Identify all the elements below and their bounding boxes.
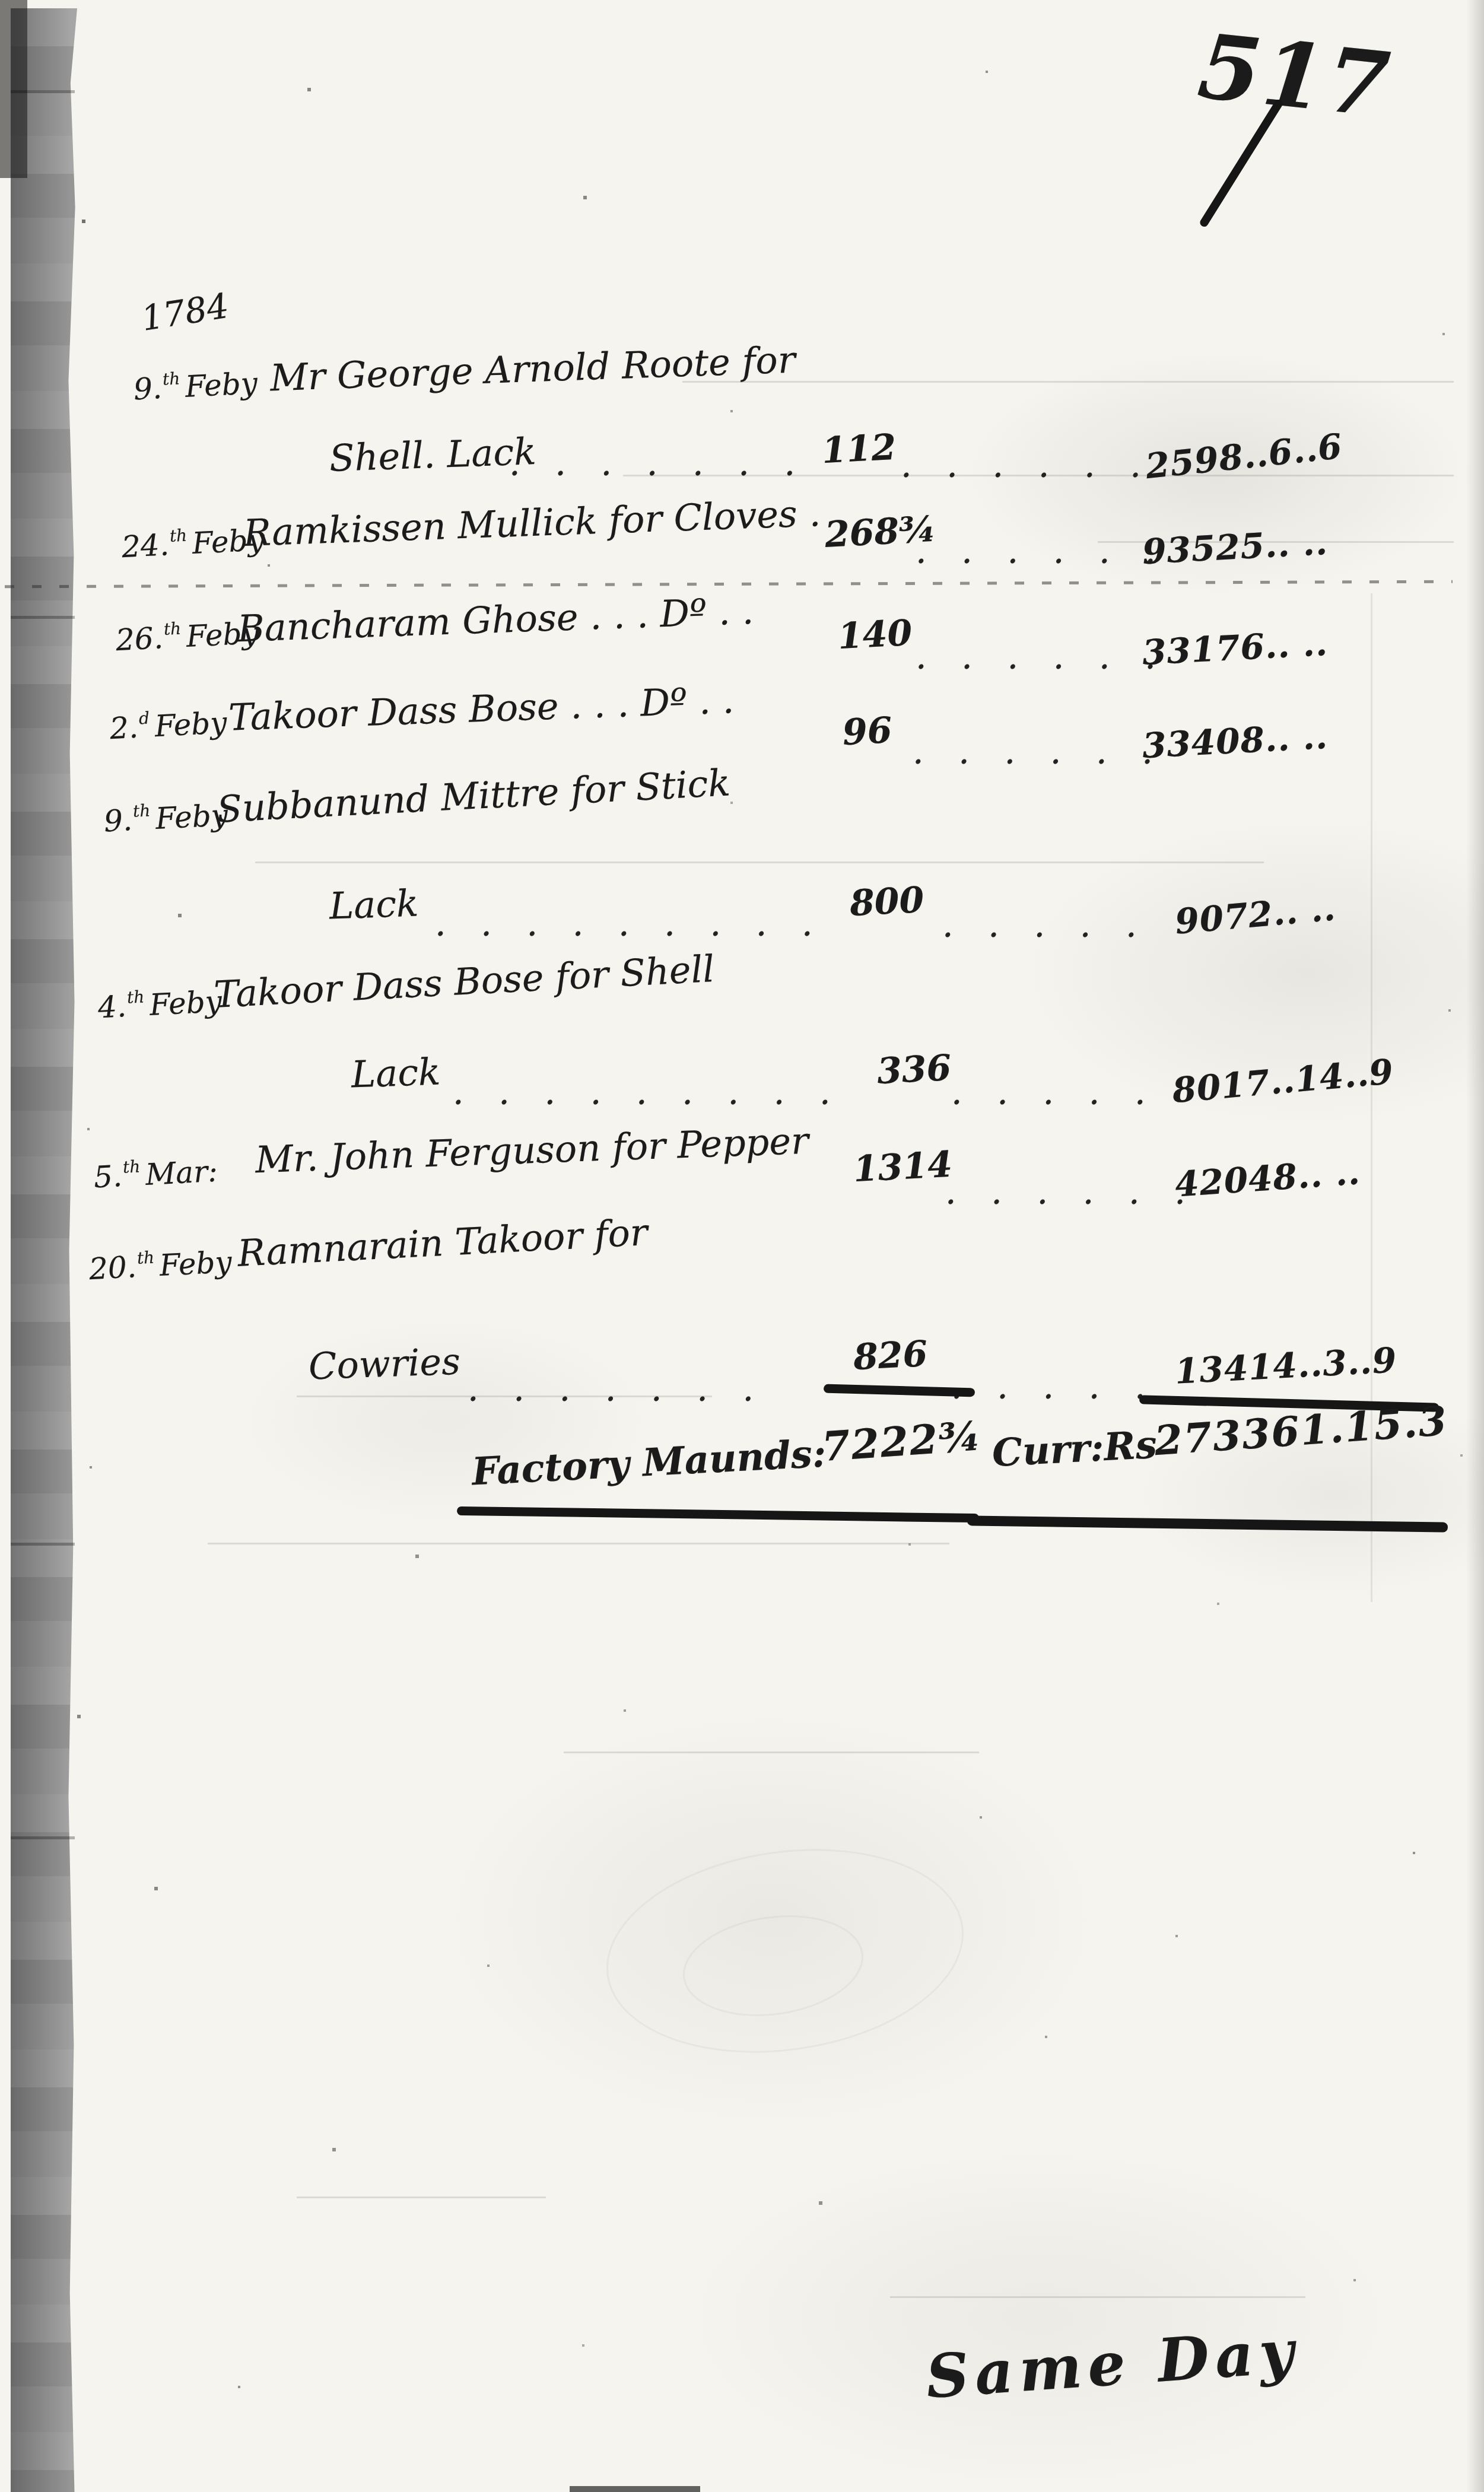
entry-text: Bancharam Ghose . . . Dº . . [237,589,754,650]
entry-text: Ramnarain Takoor for [237,1210,649,1275]
entry-text-continued: Cowries [308,1340,461,1388]
entry-amount: 33176.. .. [1141,623,1329,673]
entry-amount: 93525.. .. [1141,522,1329,572]
same-day-note: Same Day [924,2316,1302,2412]
dot-leader: . . . . . . . [469,1378,767,1407]
entry-month: Feby [154,705,228,743]
dot-leader: . . . . . . [902,454,1154,483]
entry-quantity: 140 [837,612,913,657]
entry-text: Mr George Arnold Roote for [269,338,796,400]
entry-day: 26. [115,621,164,657]
dot-leader: . . . . . . [914,740,1166,770]
page-number: 517 [1194,14,1397,138]
entry-amount: 42048.. .. [1174,1152,1362,1205]
fold-line [1371,593,1372,1602]
page-edge-shadow [1466,0,1484,2492]
dot-leader: . . . . . . . [510,452,808,481]
dot-leader: . . . . . . . . . [436,913,826,942]
entry-text: Takoor Dass Bose . . . Dº . . [228,678,735,739]
entry-date: 2.dFeby [109,704,228,746]
entry-month: Mar: [145,1154,219,1192]
total-maunds: 7222¾ [821,1413,984,1471]
total-amount: 273361.15.3 [1153,1397,1450,1465]
entry-text: Mr. John Ferguson for Pepper [255,1119,809,1182]
entry-text: Subbanund Mittre for Stick [216,761,732,831]
entry-month: Feby [185,366,259,404]
entry-text: Takoor Dass Bose for Shell [213,947,716,1016]
dot-leader: . . . . . . [917,540,1169,569]
entry-date: 5.thMar: [93,1153,219,1195]
ledger-page: 517 1784 9.thFeby Mr George Arnold Roote… [0,0,1484,2492]
binding-crease [11,1543,75,1546]
entry-ordinal: th [122,1156,141,1177]
year: 1784 [139,285,231,339]
entry-quantity: 336 [876,1047,952,1092]
entry-ordinal: th [162,368,180,389]
entry-day: 9. [133,371,163,406]
entry-text-continued: Shell. Lack [329,430,537,480]
entry-ordinal: d [138,708,150,729]
binding-crease [11,616,75,619]
dot-leader: . . . . . [943,914,1150,943]
binding-crease [11,1836,75,1839]
scan-line [255,862,1264,863]
scan-line [208,1543,949,1544]
entry-ordinal: th [136,1248,155,1268]
entry-quantity: 800 [849,879,925,924]
entry-date: 9.thFeby [133,365,259,407]
scan-line [682,381,1454,383]
entry-ordinal: th [163,619,182,639]
entry-day: 20. [88,1250,137,1286]
entry-amount: 8017..14..9 [1171,1051,1396,1111]
entry-day: 24. [121,527,170,564]
entry-quantity: 1314 [852,1144,953,1191]
scan-edge-mark [570,2486,700,2492]
entry-month: Feby [149,984,223,1022]
entry-amount: 33408.. .. [1141,716,1329,766]
dot-leader: . . . . . . [946,1181,1199,1210]
dot-leader: . . . . . [952,1375,1159,1404]
entry-ordinal: th [132,800,151,821]
corner-shadow [0,0,27,178]
entry-quantity: 112 [821,427,897,472]
entry-day: 5. [93,1159,123,1194]
binding-edge [11,8,77,2492]
dot-leader: . . . . . . . . . [454,1081,844,1110]
entry-date: 9.thFeby [103,797,229,839]
entry-amount: 2598..6..6 [1143,426,1344,487]
entry-day: 2. [109,710,139,746]
entry-text-continued: Lack [351,1050,441,1096]
total-label: Factory Maunds: [471,1431,827,1494]
entry-date: 20.thFeby [88,1244,233,1287]
entry-quantity: 826 [852,1333,929,1378]
entry-text: Ramkissen Mullick for Cloves . [243,491,821,555]
total-underline [967,1515,1448,1532]
entry-month: Feby [158,1245,233,1283]
entry-ordinal: th [169,526,188,546]
dot-leader: . . . . . . [917,646,1169,675]
entry-date: 4.thFeby [97,983,223,1025]
paper-speckles [0,0,1,1]
binding-crease [11,90,75,93]
entry-day: 4. [97,989,128,1025]
scan-line [297,2197,546,2198]
entry-amount: 9072.. .. [1174,888,1337,942]
entry-quantity: 96 [841,710,893,754]
dotted-rule [5,580,1453,589]
entry-ordinal: th [126,987,145,1007]
dot-leader: . . . . . [952,1081,1159,1110]
scan-line [890,2296,1305,2298]
entry-text-continued: Lack [329,881,420,927]
total-currency-label: Curr:Rs [991,1423,1158,1476]
entry-day: 9. [103,803,134,838]
total-underline [457,1506,979,1522]
entry-amount: 13414..3..9 [1174,1340,1397,1391]
scan-line [564,1752,979,1753]
